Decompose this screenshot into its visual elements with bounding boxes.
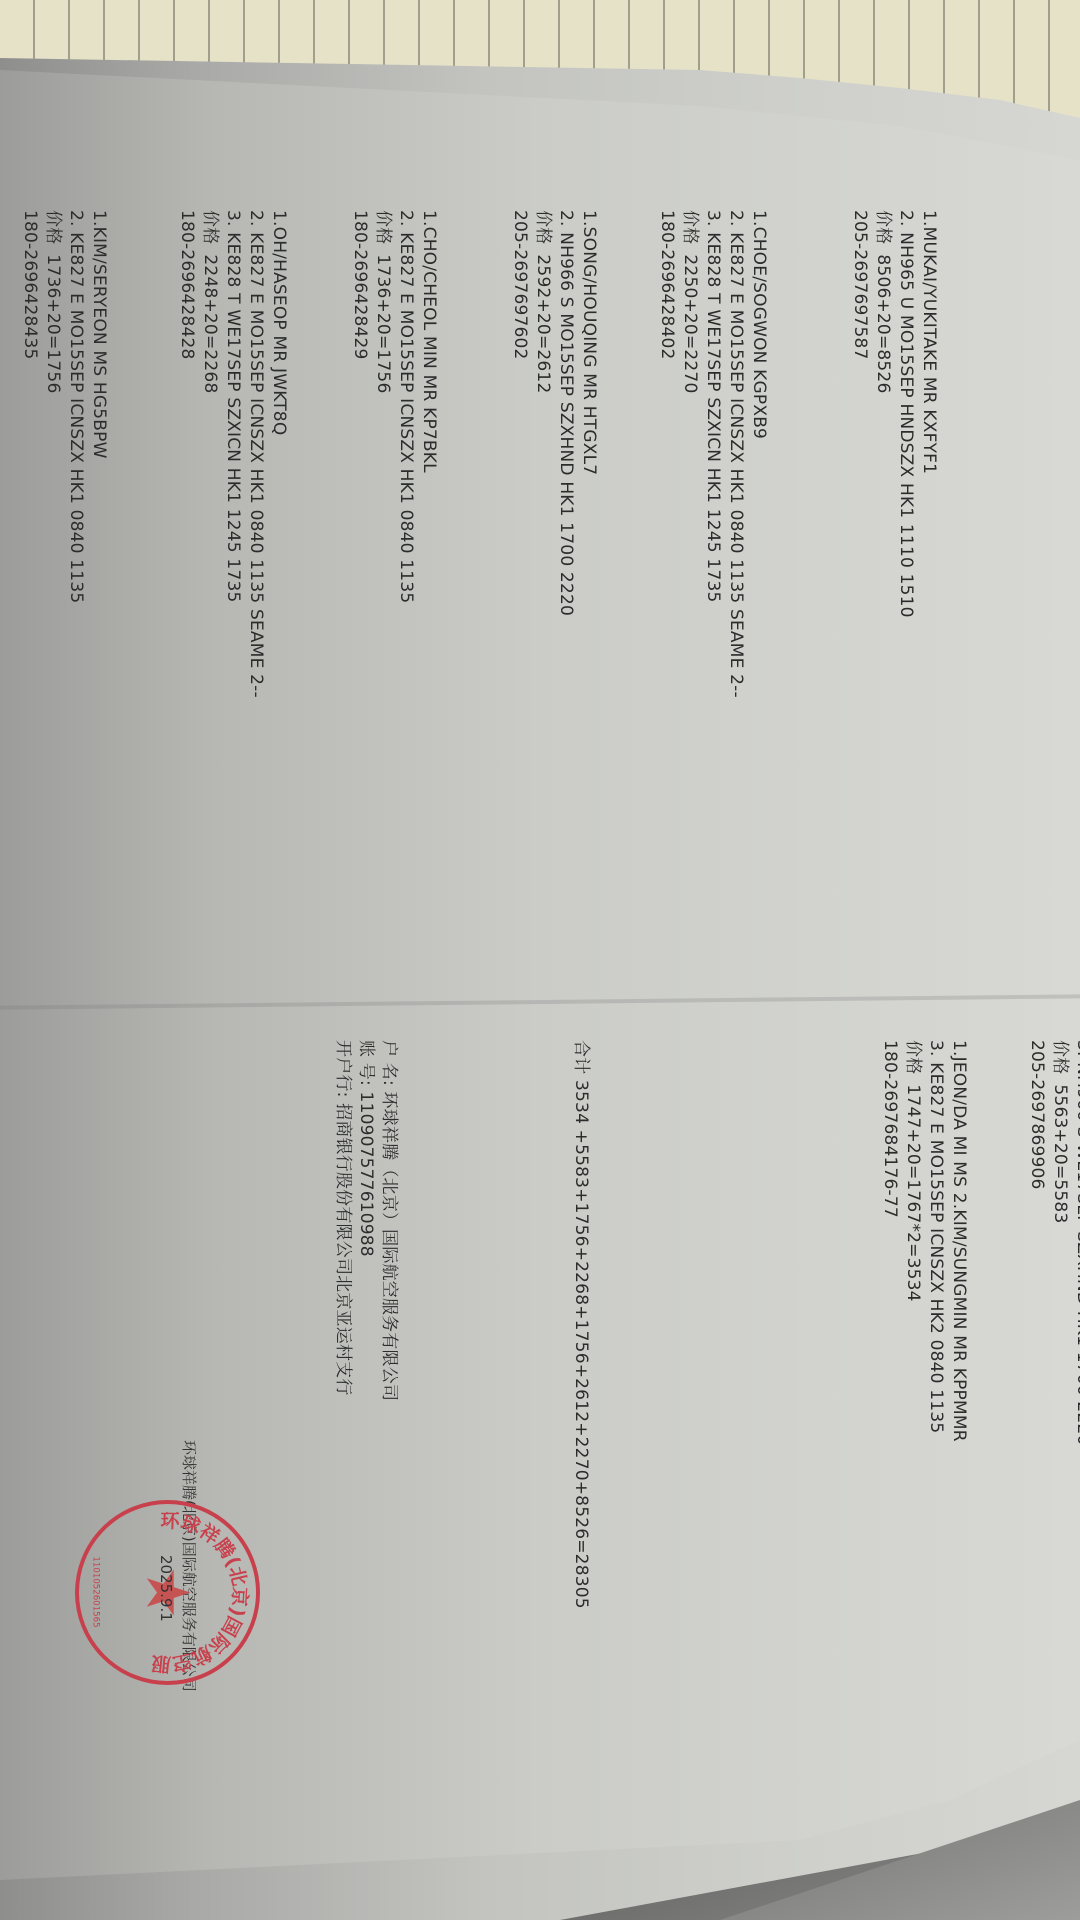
price-label: 价格 [373,210,393,244]
price-value: 2592+20=2612 [533,254,553,393]
ticket-number: 180-2697684176-77 [878,1040,901,1442]
price-value: 1736+20=1756 [43,254,63,393]
price-line: 价格2248+20=2268 [198,210,221,698]
flight-segment: 2. KE827 E MO15SEP ICNSZX HK1 0840 1135 … [724,210,747,698]
ticket-number: 180-2696428429 [348,210,371,603]
price-value: 2248+20=2268 [200,254,220,393]
price-label: 价格 [1050,1040,1070,1074]
flight-segment: 2. NH966 S MO15SEP SZXHND HK1 1700 2220 [554,210,577,616]
passenger-line: 1.MUKAI/YUKITAKE MR KXFYF1 [917,210,940,618]
ticket-number: 205-2697697602 [508,210,531,616]
price-value: 2250+20=2270 [680,254,700,393]
passenger-line: 1.KIM/SERYEON MS HG5BPW [87,210,110,603]
total-expression: 3534 +5583+1756+2268+1756+2612+2270+8526… [571,1080,591,1609]
passenger-line: 1.CHO/CHEOL MIN MR KP7BKL [417,210,440,603]
flight-segment: 3. NH966 S WE17SEP SZXHND HK1 1700 2220 [1071,1040,1080,1452]
price-line: 价格8506+20=8526 [871,210,894,618]
price-value: 1736+20=1756 [373,254,393,393]
price-value: 1747+20=1767*2=3534 [903,1084,923,1301]
price-line: 价格2592+20=2612 [531,210,554,616]
price-line: 价格1736+20=1756 [371,210,394,603]
account-number-row: 账 号: 110907577610988 [354,1040,377,1401]
bank-branch: 招商银行股份有限公司北京亚运村支行 [333,1103,353,1395]
passenger-line: 1.CHOE/SOGWON KGPXB9 [747,210,770,698]
flight-segment: 2. KE827 E MO15SEP ICNSZX HK1 0840 1135 [64,210,87,603]
booking-block: 1.OH/HASEOP MR JWKT8Q2. KE827 E MO15SEP … [175,210,290,698]
bank-branch-label: 开户行: [333,1040,353,1098]
booking-block: 1.ISHIHARA/HIROYUKI MR HRZ6WW2. NH965 W … [1025,1040,1080,1452]
price-label: 价格 [680,210,700,244]
total-line: 合计 3534 +5583+1756+2268+1756+2612+2270+8… [569,1040,592,1609]
booking-block: 1.MUKAI/YUKITAKE MR KXFYF12. NH965 U MO1… [848,210,940,618]
account-number: 110907577610988 [356,1092,376,1257]
signature-date: 2025.9.1 [157,1555,175,1622]
ticket-number: 180-2696428402 [655,210,678,698]
account-number-label: 账 号: [356,1040,376,1086]
total-label: 合计 [571,1040,591,1074]
booking-block: 1.JEON/DA MI MS 2.KIM/SUNGMIN MR KPPMMR3… [878,1040,970,1442]
passenger-line: 1.SONG/HOUQING MR HTGXL7 [577,210,600,616]
ticket-number: 180-2696428428 [175,210,198,698]
ticket-number: 205-2697869906 [1025,1040,1048,1452]
account-name-label: 户 名: [379,1040,399,1086]
price-label: 价格 [903,1040,923,1074]
flight-segment: 2. KE827 E MO15SEP ICNSZX HK1 0840 1135 … [244,210,267,698]
booking-block: 1.CHO/CHEOL MIN MR KP7BKL2. KE827 E MO15… [348,210,440,603]
booking-block: 1.KIM/SERYEON MS HG5BPW2. KE827 E MO15SE… [18,210,110,603]
flight-segment: 2. KE827 E MO15SEP ICNSZX HK1 0840 1135 [394,210,417,603]
price-line: 价格1747+20=1767*2=3534 [901,1040,924,1442]
account-name: 环球祥腾（北京）国际航空服务有限公司 [379,1092,399,1402]
flight-segment: 3. KE828 T WE17SEP SZXICN HK1 1245 1735 [221,210,244,698]
bank-info: 户 名: 环球祥腾（北京）国际航空服务有限公司 账 号: 11090757761… [331,1040,400,1401]
price-label: 价格 [533,210,553,244]
price-label: 价格 [43,210,63,244]
passenger-line: 1.OH/HASEOP MR JWKT8Q [267,210,290,698]
ticket-number: 205-2697697587 [848,210,871,618]
price-label: 价格 [200,210,220,244]
price-value: 8506+20=8526 [873,254,893,393]
account-name-row: 户 名: 环球祥腾（北京）国际航空服务有限公司 [377,1040,400,1401]
price-value: 5563+20=5583 [1050,1084,1070,1223]
price-line: 价格5563+20=5583 [1048,1040,1071,1452]
price-line: 价格2250+20=2270 [678,210,701,698]
booking-block: 1.CHOE/SOGWON KGPXB92. KE827 E MO15SEP I… [655,210,770,698]
price-label: 价格 [873,210,893,244]
ticket-number: 180-2696428435 [18,210,41,603]
booking-block: 1.SONG/HOUQING MR HTGXL72. NH966 S MO15S… [508,210,600,616]
svg-text:1101052601565: 1101052601565 [90,1556,100,1627]
flight-segment: 3. KE828 T WE17SEP SZXICN HK1 1245 1735 [701,210,724,698]
passenger-line: 1.JEON/DA MI MS 2.KIM/SUNGMIN MR KPPMMR [947,1040,970,1442]
flight-segment: 2. NH965 U MO15SEP HNDSZX HK1 1110 1510 [894,210,917,618]
price-line: 价格1736+20=1756 [41,210,64,603]
flight-segment: 3. KE827 E MO15SEP ICNSZX HK2 0840 1135 [924,1040,947,1442]
bank-branch-row: 开户行: 招商银行股份有限公司北京亚运村支行 [331,1040,354,1401]
